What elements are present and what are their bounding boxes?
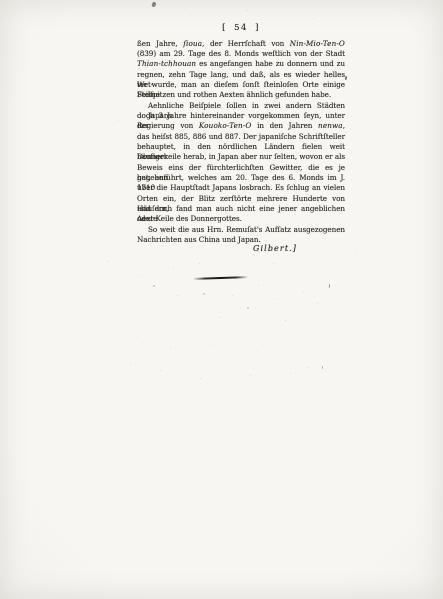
- paper-speck: [303, 292, 304, 293]
- text-line: Aehnliche Beiſpiele ſollen in zwei ander…: [137, 101, 345, 111]
- paper-speck: [190, 14, 191, 15]
- paper-speck: [108, 261, 109, 262]
- text-line: oder Keile des Donnergottes.: [137, 214, 345, 224]
- text-run: Kouoko-Ten-O: [199, 121, 252, 130]
- ink-blemish: [322, 366, 324, 369]
- text-line: Feilſpitzen und rothen Aexten ähnlich ge…: [137, 90, 345, 100]
- paper-speck: [153, 285, 155, 287]
- text-line: Beweis eins der fürchterlichſten Gewitte…: [137, 163, 345, 173]
- text-run: Donnerkeile herab, in Japan aber nur ſel…: [137, 152, 345, 161]
- separator-rule: [193, 276, 248, 280]
- paper-speck: [258, 285, 259, 286]
- text-line: (839) am 29. Tage des 8. Monds weſtlich …: [137, 49, 345, 59]
- text-run: So weit die aus Hrn. Remuſat's Aufſatz a…: [148, 225, 345, 234]
- paper-speck: [250, 375, 251, 376]
- paper-speck: [173, 267, 174, 268]
- text-line: und doch fand man auch nicht eine jener …: [137, 204, 345, 214]
- paper-speck: [200, 378, 201, 379]
- text-run: oder Keile des Donnergottes.: [137, 214, 242, 223]
- paper-speck: [262, 345, 263, 346]
- paper-speck: [170, 347, 171, 348]
- text-line: Donnerkeile herab, in Japan aber nur ſel…: [137, 152, 345, 162]
- text-line: doch 3 Jahre hintereinander vorgekommen …: [137, 111, 345, 121]
- text-run: Thian-tchhouan: [137, 59, 196, 68]
- text-run: ßen Jahre,: [137, 39, 183, 48]
- paper-speck: [203, 293, 205, 295]
- paper-speck: [138, 275, 139, 276]
- text-run: ,: [343, 121, 345, 130]
- text-run: Feilſpitzen und rothen Aexten ähnlich ge…: [137, 90, 331, 99]
- paper-speck: [177, 295, 178, 296]
- body-text-block: ßen Jahre, ſioua, der Herrſchaft von Nin…: [137, 39, 345, 246]
- ink-blemish: [345, 76, 348, 80]
- paper-speck: [247, 307, 249, 309]
- paper-speck: [313, 18, 314, 19]
- paper-speck: [355, 250, 356, 251]
- text-run: Regierung von: [137, 121, 199, 130]
- text-run: über die Hauptſtadt Japans losbrach. Es …: [137, 183, 345, 192]
- text-run: in den Jahren: [251, 121, 318, 130]
- paper-speck: [160, 370, 161, 371]
- paper-speck: [247, 10, 248, 11]
- ink-blemish: [329, 284, 331, 288]
- ink-blemish: [151, 1, 157, 7]
- paper-speck: [317, 303, 318, 304]
- text-line: ter wurde, man an dieſem ſonſt ſteinloſe…: [137, 80, 345, 90]
- paper-speck: [277, 298, 278, 299]
- text-run: Nin-Mio-Ten-O: [290, 39, 345, 48]
- text-line: So weit die aus Hrn. Remuſat's Aufſatz a…: [137, 225, 345, 235]
- author-signature: Gilbert.]: [137, 244, 297, 253]
- paper-speck: [118, 120, 119, 121]
- text-line: Orten ein, der Blitz zerſtörte mehrere H…: [137, 194, 345, 204]
- text-line: Regierung von Kouoko-Ten-O in den Jahren…: [137, 121, 345, 131]
- text-run: , der Herrſchaft von: [202, 39, 290, 48]
- text-run: ſioua: [183, 39, 202, 48]
- text-run: (839) am 29. Tage des 8. Monds weſtlich …: [137, 49, 345, 58]
- text-line: behauptet, in den nördlichen Ländern fie…: [137, 142, 345, 152]
- text-line: hat, anführt, welches am 20. Tage des 6.…: [137, 173, 345, 183]
- paper-speck: [307, 367, 308, 368]
- text-line: das heiſst 885, 886 und 887. Der japaniſ…: [137, 132, 345, 142]
- paper-speck: [232, 295, 233, 296]
- paper-speck: [273, 263, 274, 264]
- text-run: das heiſst 885, 886 und 887. Der japaniſ…: [137, 132, 345, 141]
- paper-speck: [130, 363, 131, 364]
- text-line: ßen Jahre, ſioua, der Herrſchaft von Nin…: [137, 39, 345, 49]
- page-number: [ 54 ]: [137, 23, 345, 33]
- paper-speck: [199, 263, 200, 264]
- paper-speck: [370, 150, 371, 151]
- text-line: über die Hauptſtadt Japans losbrach. Es …: [137, 183, 345, 193]
- paper-speck: [137, 337, 138, 338]
- text-run: nenwa: [318, 121, 343, 130]
- text-run: es angefangen habe zu donnern und zu: [196, 59, 345, 68]
- paper-speck: [220, 317, 221, 318]
- paper-speck: [285, 320, 286, 321]
- text-line: regnen, zehn Tage lang, und daß, als es …: [137, 70, 345, 80]
- text-line: Thian-tchhouan es angefangen habe zu don…: [137, 59, 345, 69]
- scanned-book-page: [ 54 ] ßen Jahre, ſioua, der Herrſchaft …: [0, 0, 443, 599]
- paper-speck: [210, 345, 211, 346]
- paper-speck: [290, 373, 291, 374]
